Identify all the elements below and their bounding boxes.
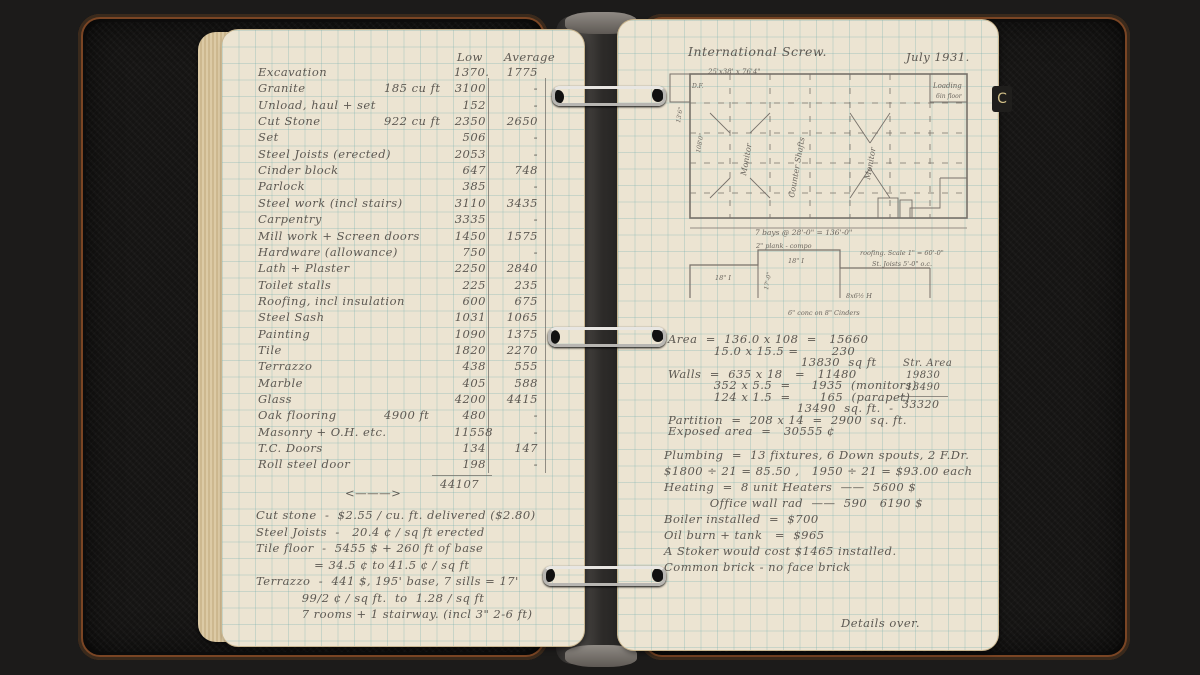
ledger-avg: -: [504, 212, 538, 226]
svg-text:Counter Shafts: Counter Shafts: [787, 136, 806, 198]
note-line: Common brick - no face brick: [664, 560, 851, 574]
ledger-row: Masonry + O.H. etc.11558-: [258, 425, 558, 442]
ledger-low: 506: [454, 130, 486, 144]
calc-line: Exposed area = 30555 ¢: [668, 424, 835, 438]
ledger-item: Mill work + Screen doors: [258, 229, 420, 243]
ledger-avg: 588: [504, 376, 538, 390]
ledger-row: Unload, haul + set152-: [258, 98, 558, 115]
str-area-label: Str. Area: [903, 358, 952, 369]
svg-text:13'6": 13'6": [675, 106, 685, 123]
column-header-average: Average: [504, 50, 555, 64]
ledger-low: 4200: [454, 392, 486, 406]
ledger-row: Excavation1370.1775: [258, 65, 558, 82]
ledger-item: Set: [258, 130, 279, 144]
ledger-low: 647: [454, 163, 486, 177]
ledger-avg: 2270: [504, 343, 538, 357]
ledger-item: Masonry + O.H. etc.: [258, 425, 387, 439]
note-line: Terrazzo - 441 $, 195' base, 7 sills = 1…: [256, 574, 519, 588]
svg-text:25'x38' x 76'4": 25'x38' x 76'4": [707, 68, 761, 76]
svg-text:6in floor: 6in floor: [936, 93, 963, 100]
ledger-avg: -: [504, 81, 538, 95]
ledger-item: Excavation: [258, 65, 327, 79]
ledger-item: Toilet stalls: [258, 278, 331, 292]
ledger-low: 600: [454, 294, 486, 308]
note-line: Boiler installed = $700: [664, 512, 819, 526]
ledger-row: Granite185 cu ft3100-: [258, 81, 558, 98]
total-rule: [432, 475, 492, 476]
ledger-low: 3335: [454, 212, 486, 226]
ledger-low: 2053: [454, 147, 486, 161]
ledger-avg: 4415: [504, 392, 538, 406]
ledger-avg: 2650: [504, 114, 538, 128]
str-area-rule: [898, 396, 948, 397]
ledger-item: Glass: [258, 392, 292, 406]
note-line: Heating = 8 unit Heaters —— 5600 $: [664, 480, 916, 494]
ledger-row: Toilet stalls225235: [258, 278, 558, 295]
ledger-avg: 1065: [504, 310, 538, 324]
ledger-low: 2250: [454, 261, 486, 275]
ledger-row: Terrazzo438555: [258, 359, 558, 376]
ledger-low: 3110: [454, 196, 486, 210]
svg-text:18" I: 18" I: [788, 257, 804, 265]
svg-text:Monitor: Monitor: [739, 142, 754, 178]
ledger-row: Parlock385-: [258, 179, 558, 196]
ledger-item: Unload, haul + set: [258, 98, 376, 112]
ledger-item: Roll steel door: [258, 457, 350, 471]
ledger-low: 480: [454, 408, 486, 422]
ledger-qty: 922 cu ft: [384, 114, 441, 128]
ledger-row: Steel work (incl stairs)31103435: [258, 196, 558, 213]
ledger-low: 134: [454, 441, 486, 455]
ledger-avg: 1375: [504, 327, 538, 341]
note-line: Tile floor - 5455 $ + 260 ft of base: [256, 541, 483, 555]
ledger-item: T.C. Doors: [258, 441, 323, 455]
ledger-low: 405: [454, 376, 486, 390]
ledger-low: 2350: [454, 114, 486, 128]
ledger-row: Tile18202270: [258, 343, 558, 360]
str-area-value-1: 19830: [906, 370, 940, 381]
column-header-low: Low: [457, 50, 483, 64]
svg-text:17'-0": 17'-0": [763, 271, 773, 290]
ledger-low: 1031: [454, 310, 486, 324]
ledger-row: Cinder block647748: [258, 163, 558, 180]
note-line: = 34.5 ¢ to 41.5 ¢ / sq ft: [256, 558, 469, 572]
svg-text:7 bays @ 28'-0" = 136'-0": 7 bays @ 28'-0" = 136'-0": [755, 228, 852, 237]
ledger-avg: 748: [504, 163, 538, 177]
ledger-qty: 4900 ft: [384, 408, 429, 422]
ledger-item: Carpentry: [258, 212, 322, 226]
ledger-avg: 3435: [504, 196, 538, 210]
ledger-avg: -: [504, 147, 538, 161]
svg-text:18" I: 18" I: [715, 274, 731, 282]
index-tab[interactable]: C: [992, 86, 1012, 112]
svg-text:Loading: Loading: [932, 82, 962, 90]
ledger-total: 44107: [440, 477, 479, 491]
ledger-low: 1450: [454, 229, 486, 243]
str-area-sum: 33320: [902, 398, 940, 411]
ledger-item: Tile: [258, 343, 282, 357]
ledger-avg: 675: [504, 294, 538, 308]
ledger-low: 3100: [454, 81, 486, 95]
binder-ring-bottom: [543, 566, 666, 586]
ledger-row: Steel Sash10311065: [258, 310, 558, 327]
ledger-row: Roll steel door198-: [258, 457, 558, 474]
ledger-avg: -: [504, 98, 538, 112]
binder-ring-top: [552, 86, 666, 106]
ledger-item: Granite: [258, 81, 306, 95]
ledger-row: Carpentry3335-: [258, 212, 558, 229]
ledger-row: Cut Stone922 cu ft23502650: [258, 114, 558, 131]
ledger-avg: 147: [504, 441, 538, 455]
ledger-low: 225: [454, 278, 486, 292]
ledger-avg: -: [504, 457, 538, 471]
ledger-row: T.C. Doors134147: [258, 441, 558, 458]
ledger-row: Oak flooring4900 ft480-: [258, 408, 558, 425]
ledger-low: 750: [454, 245, 486, 259]
ledger-item: Steel work (incl stairs): [258, 196, 403, 210]
ledger-item: Oak flooring: [258, 408, 337, 422]
ledger-item: Steel Joists (erected): [258, 147, 391, 161]
binder-ring-middle: [548, 327, 666, 347]
note-line: $1800 ÷ 21 = 85.50 , 1950 ÷ 21 = $93.00 …: [664, 464, 973, 478]
ledger-avg: -: [504, 245, 538, 259]
ledger-avg: 1575: [504, 229, 538, 243]
ledger-row: Steel Joists (erected)2053-: [258, 147, 558, 164]
ledger-low: 1370.: [454, 65, 486, 79]
ledger-item: Lath + Plaster: [258, 261, 350, 275]
ledger-row: Hardware (allowance)750-: [258, 245, 558, 262]
svg-text:D.F.: D.F.: [691, 83, 704, 90]
ledger-item: Parlock: [258, 179, 305, 193]
ledger-row: Painting10901375: [258, 327, 558, 344]
ledger-avg: -: [504, 130, 538, 144]
floor-plan-sketch: 25'x38' x 76'4" Loading 6in floor D.F. M…: [660, 58, 980, 328]
ledger-item: Painting: [258, 327, 310, 341]
ledger-low: 438: [454, 359, 486, 373]
ledger-item: Marble: [258, 376, 303, 390]
note-line: Oil burn + tank = $965: [664, 528, 825, 542]
ledger-row: Set506-: [258, 130, 558, 147]
ledger-row: Mill work + Screen doors14501575: [258, 229, 558, 246]
note-line: A Stoker would cost $1465 installed.: [664, 544, 897, 558]
ledger-item: Hardware (allowance): [258, 245, 398, 259]
svg-text:108'0": 108'0": [695, 133, 705, 154]
ledger-low: 11558: [454, 425, 486, 439]
note-line: 7 rooms + 1 stairway. (incl 3" 2-6 ft): [256, 607, 532, 621]
ledger-item: Terrazzo: [258, 359, 312, 373]
ledger-low: 1820: [454, 343, 486, 357]
ledger-item: Cut Stone: [258, 114, 321, 128]
ledger-item: Roofing, incl insulation: [258, 294, 405, 308]
ledger-low: 152: [454, 98, 486, 112]
ledger-low: 385: [454, 179, 486, 193]
ledger-low: 1090: [454, 327, 486, 341]
note-line: Cut stone - $2.55 / cu. ft. delivered ($…: [256, 508, 536, 522]
page-footer-note: Details over.: [841, 616, 920, 630]
ledger-avg: 555: [504, 359, 538, 373]
ledger-avg: -: [504, 179, 538, 193]
ledger-avg: -: [504, 408, 538, 422]
ledger-row: Glass42004415: [258, 392, 558, 409]
ledger-row: Marble405588: [258, 376, 558, 393]
note-line: Steel Joists - 20.4 ¢ / sq ft erected: [256, 525, 485, 539]
ledger-row: Roofing, incl insulation600675: [258, 294, 558, 311]
ledger-item: Steel Sash: [258, 310, 325, 324]
ledger-qty: 185 cu ft: [384, 81, 441, 95]
ledger-item: Cinder block: [258, 163, 339, 177]
note-line: Plumbing = 13 fixtures, 6 Down spouts, 2…: [664, 448, 969, 462]
svg-text:6" conc on 8" Cinders: 6" conc on 8" Cinders: [788, 309, 860, 317]
ledger-avg: -: [504, 425, 538, 439]
ledger-row: Lath + Plaster22502840: [258, 261, 558, 278]
svg-text:8x6½ H: 8x6½ H: [846, 292, 872, 300]
note-line: Office wall rad —— 590 6190 $: [664, 496, 923, 510]
page-title: International Screw.: [688, 44, 827, 59]
str-area-value-2: 13490: [906, 382, 940, 393]
svg-text:2" plank - compo: 2" plank - compo: [755, 242, 812, 250]
ledger-avg: 2840: [504, 261, 538, 275]
ledger-avg: 1775: [504, 65, 538, 79]
ledger-low: 198: [454, 457, 486, 471]
svg-text:St. Joists 5'-0" o.c.: St. Joists 5'-0" o.c.: [872, 260, 932, 268]
note-line: 99/2 ¢ / sq ft. to 1.28 / sq ft: [256, 591, 484, 605]
arrow-doodle: <———>: [345, 486, 401, 500]
ledger-avg: 235: [504, 278, 538, 292]
svg-text:roofing. Scale 1" = 60'-0": roofing. Scale 1" = 60'-0": [860, 249, 944, 257]
